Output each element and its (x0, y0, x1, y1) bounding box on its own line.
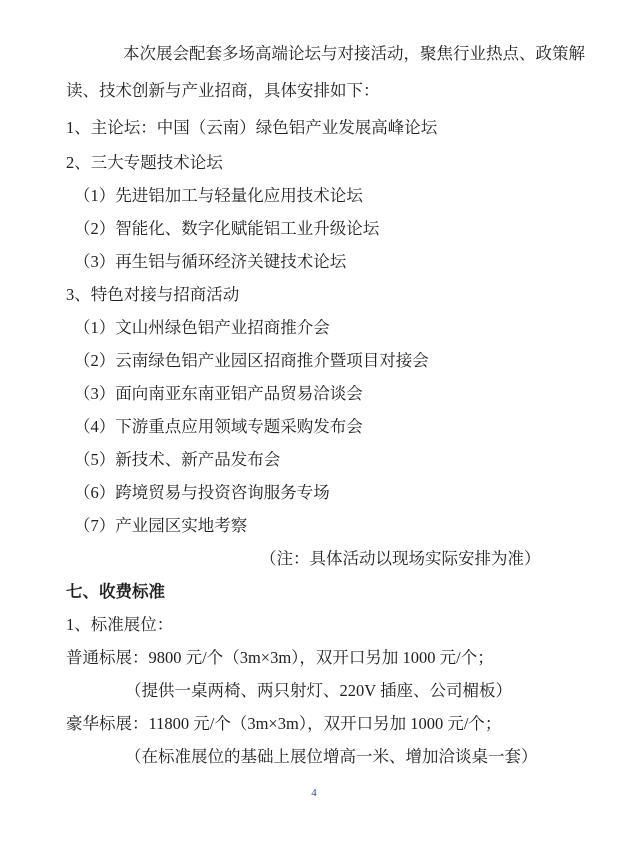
text-line: 豪华标展：11800 元/个（3m×3m），双开口另加 1000 元/个； (66, 707, 566, 740)
text-line: （1）文山州绿色铝产业招商推介会 (66, 311, 566, 344)
text-line: （3）面向南亚东南亚铝产品贸易洽谈会 (66, 377, 566, 410)
text-line: 1、主论坛：中国（云南）绿色铝产业发展高峰论坛 (66, 109, 566, 146)
document-body: 本次展会配套多场高端论坛与对接活动，聚焦行业热点、政策解读、技术创新与产业招商，… (66, 0, 566, 773)
text-line: （注：具体活动以现场实际安排为准） (66, 542, 566, 575)
text-line: （6）跨境贸易与投资咨询服务专场 (66, 476, 566, 509)
document-page: 本次展会配套多场高端论坛与对接活动，聚焦行业热点、政策解读、技术创新与产业招商，… (0, 0, 628, 851)
text-line: 读、技术创新与产业招商，具体安排如下： (66, 72, 566, 109)
text-line: 普通标展：9800 元/个（3m×3m），双开口另加 1000 元/个； (66, 641, 566, 674)
text-line: （2）云南绿色铝产业园区招商推介暨项目对接会 (66, 344, 566, 377)
section-heading: 七、收费标准 (66, 575, 566, 608)
text-line: （4）下游重点应用领域专题采购发布会 (66, 410, 566, 443)
text-line: （2）智能化、数字化赋能铝工业升级论坛 (66, 212, 566, 245)
text-line: 2、三大专题技术论坛 (66, 146, 566, 179)
page-number: 4 (0, 786, 628, 800)
text-line: （5）新技术、新产品发布会 (66, 443, 566, 476)
text-line: （1）先进铝加工与轻量化应用技术论坛 (66, 179, 566, 212)
text-line: （3）再生铝与循环经济关键技术论坛 (66, 245, 566, 278)
text-line: 3、特色对接与招商活动 (66, 278, 566, 311)
text-line: （提供一桌两椅、两只射灯、220V 插座、公司楣板） (66, 674, 566, 707)
text-line: （7）产业园区实地考察 (66, 509, 566, 542)
text-line: （在标准展位的基础上展位增高一米、增加洽谈桌一套） (66, 740, 566, 773)
text-line: 1、标准展位： (66, 608, 566, 641)
text-line: 本次展会配套多场高端论坛与对接活动，聚焦行业热点、政策解 (66, 35, 566, 72)
